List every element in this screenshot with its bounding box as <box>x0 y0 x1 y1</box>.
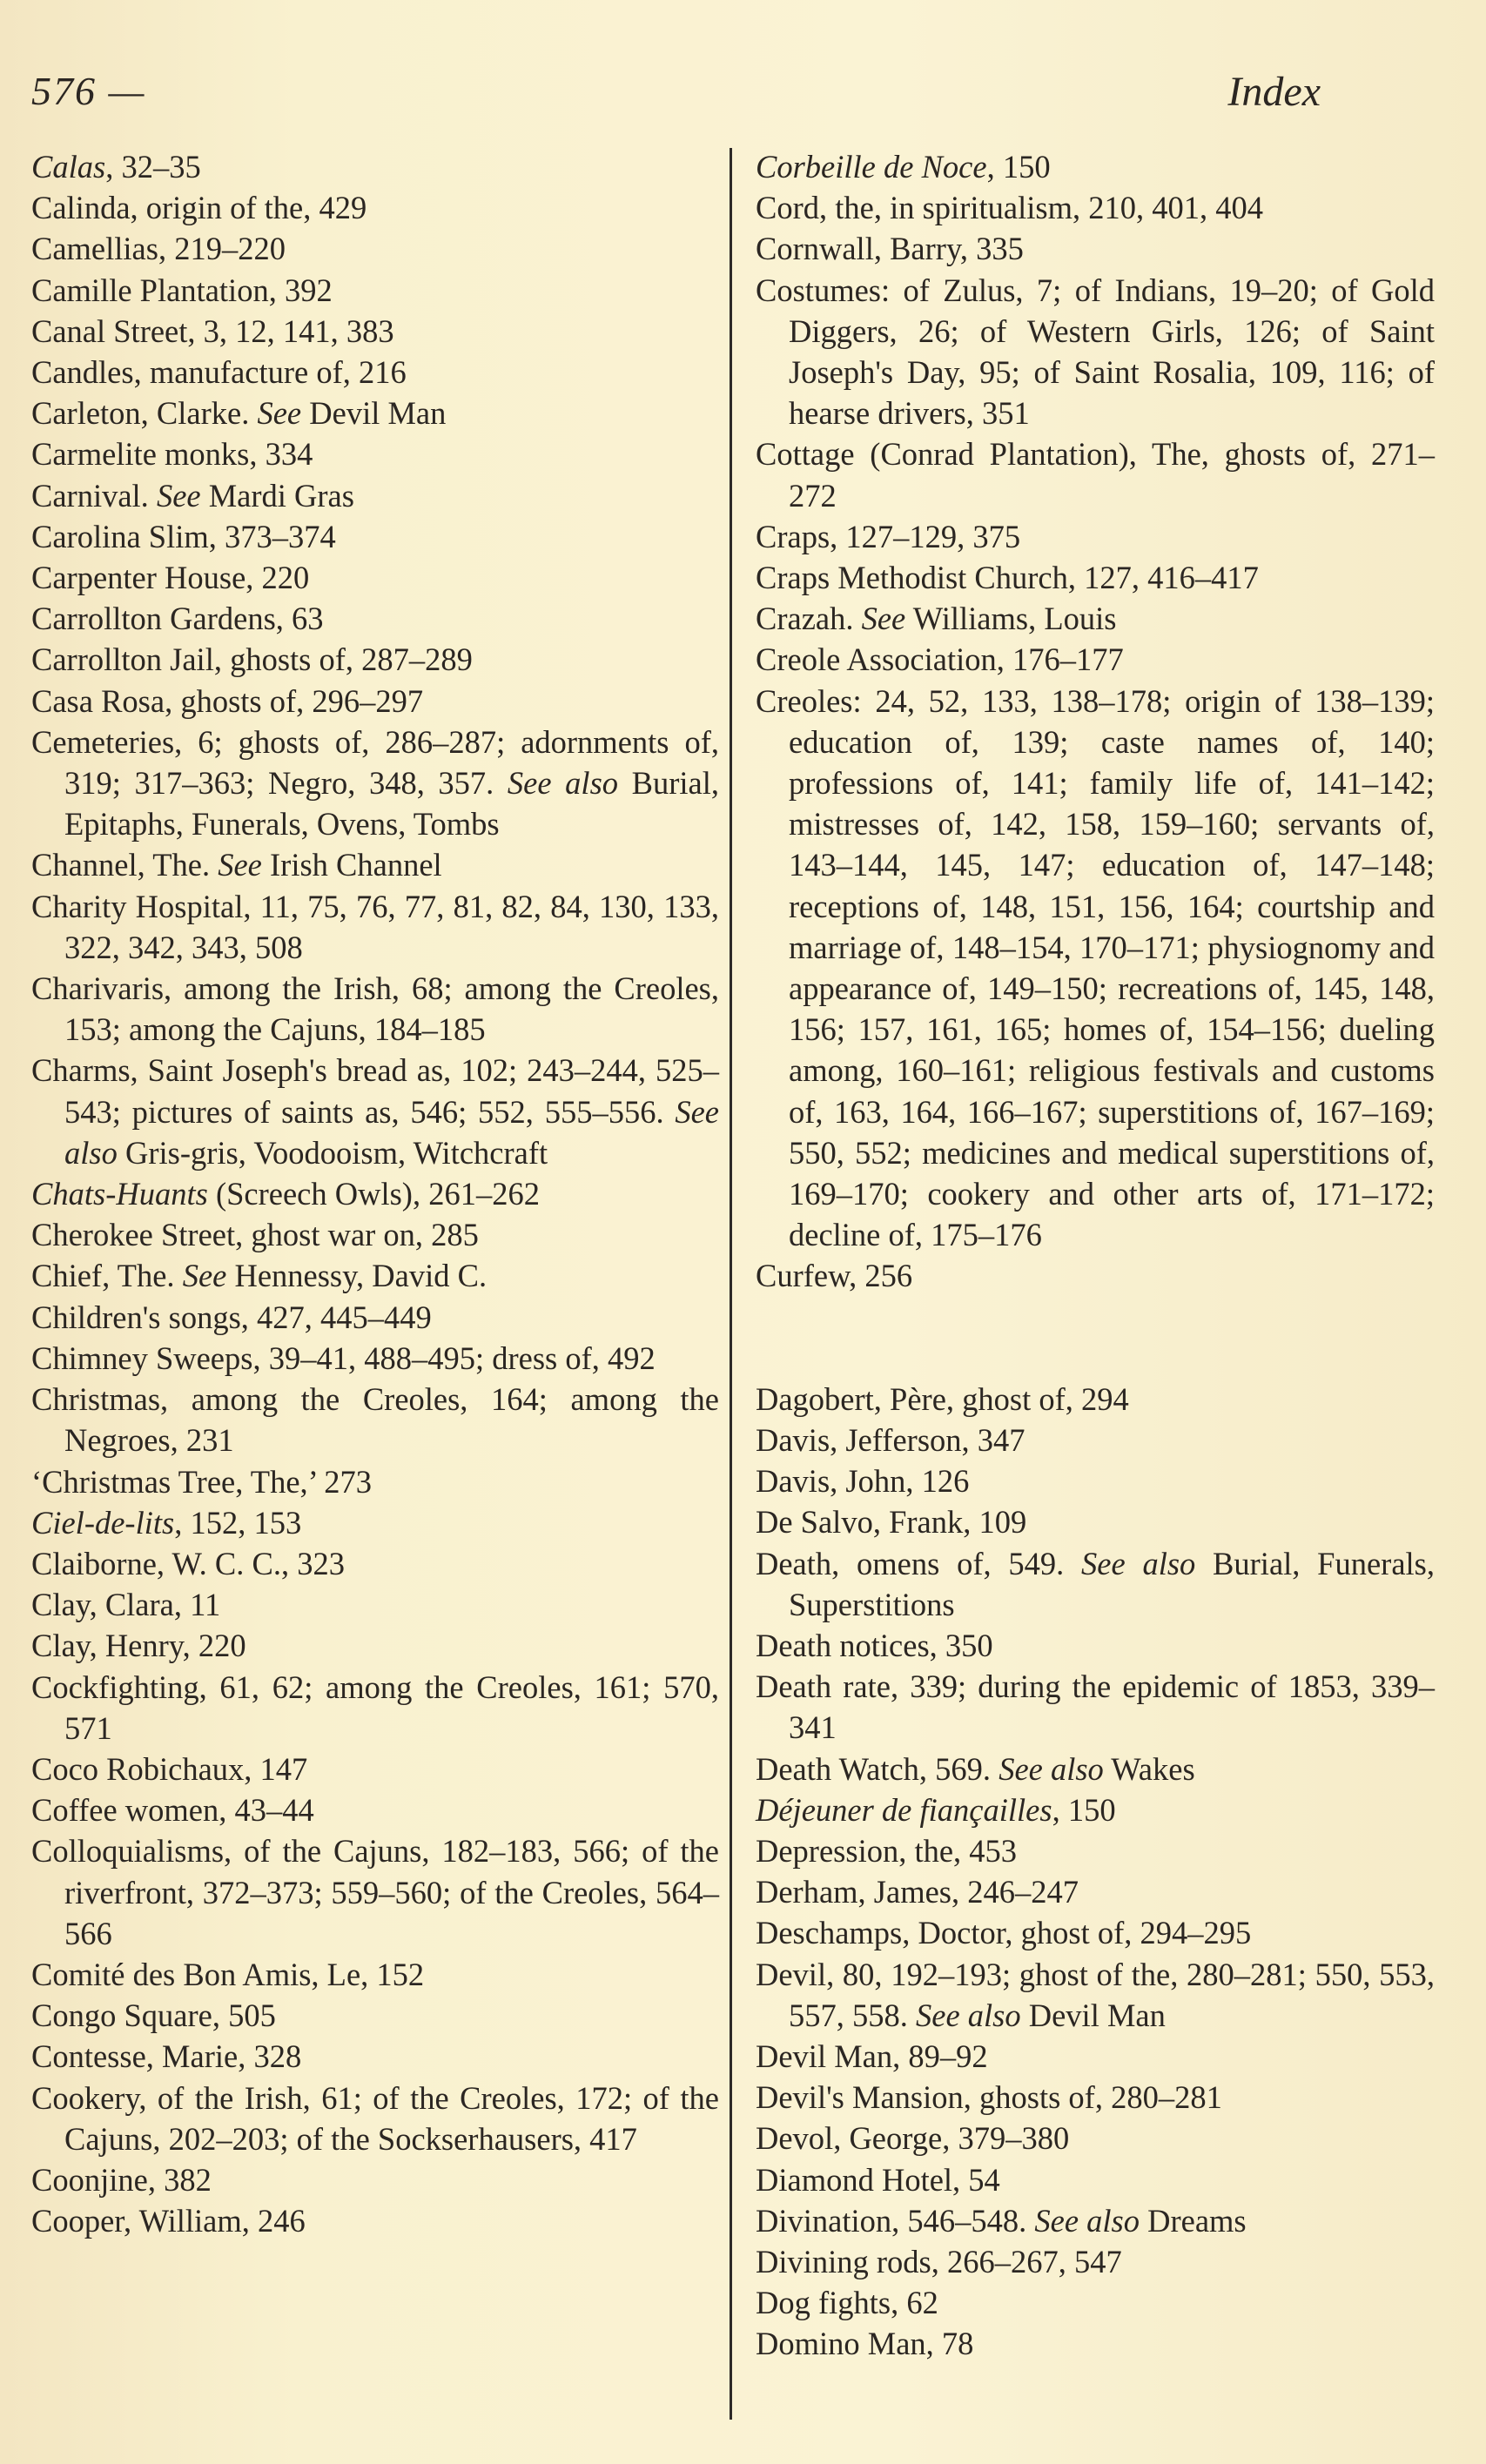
entry-text: Depression, the, 453 <box>756 1833 1017 1869</box>
entry-text: ‘Christmas Tree, The,’ 273 <box>31 1464 372 1500</box>
page-number: 576 — <box>31 68 145 114</box>
see-reference-label: See also <box>1034 2203 1140 2239</box>
index-entry: Charms, Saint Joseph's bread as, 102; 24… <box>31 1050 719 1173</box>
entry-heading-italic: Déjeuner de fiançailles <box>756 1792 1052 1828</box>
entry-text: Children's songs, 427, 445–449 <box>31 1299 432 1335</box>
index-column-right: Corbeille de Noce, 150Cord, the, in spir… <box>756 146 1435 2365</box>
entry-text: Creoles: 24, 52, 133, 138–178; origin of… <box>756 683 1435 1253</box>
entry-text: , 150 <box>987 149 1051 185</box>
index-entry: Coonjine, 382 <box>31 2159 719 2200</box>
see-reference-target: Devil Man <box>301 395 446 431</box>
index-entry: Cornwall, Barry, 335 <box>756 228 1435 269</box>
entry-text: Cornwall, Barry, 335 <box>756 231 1024 266</box>
see-reference-target: Dreams <box>1140 2203 1247 2239</box>
entry-text: Coonjine, 382 <box>31 2162 212 2198</box>
index-entry: Carmelite monks, 334 <box>31 433 719 474</box>
index-entry: Cooper, William, 246 <box>31 2200 719 2241</box>
entry-text: Dog fights, 62 <box>756 2285 938 2320</box>
index-entry: Channel, The. See Irish Channel <box>31 844 719 885</box>
entry-text: Divining rods, 266–267, 547 <box>756 2244 1122 2279</box>
entry-text: (Screech Owls), 261–262 <box>208 1176 540 1212</box>
index-entry: Comité des Bon Amis, Le, 152 <box>31 1954 719 1995</box>
entry-text: Carrollton Gardens, 63 <box>31 601 324 636</box>
entry-text: Casa Rosa, ghosts of, 296–297 <box>31 683 423 719</box>
index-entry: Corbeille de Noce, 150 <box>756 146 1435 187</box>
index-entry: Death notices, 350 <box>756 1625 1435 1666</box>
entry-text: Death rate, 339; during the epidemic of … <box>756 1668 1435 1745</box>
index-entry: Carleton, Clarke. See Devil Man <box>31 393 719 433</box>
see-reference-label: See <box>862 601 906 636</box>
index-entry: Cherokee Street, ghost war on, 285 <box>31 1214 719 1255</box>
index-entry: Cord, the, in spiritualism, 210, 401, 40… <box>756 187 1435 228</box>
see-reference-target: Devil Man <box>1021 1997 1166 2033</box>
index-entry: Carrollton Gardens, 63 <box>31 598 719 639</box>
entry-text: Candles, manufacture of, 216 <box>31 354 407 390</box>
entry-text: Charity Hospital, 11, 75, 76, 77, 81, 82… <box>31 889 719 965</box>
index-entry: Coffee women, 43–44 <box>31 1789 719 1830</box>
index-entry: Carpenter House, 220 <box>31 557 719 598</box>
index-entry: Devil, 80, 192–193; ghost of the, 280–28… <box>756 1954 1435 2036</box>
index-entry: Cottage (Conrad Plantation), The, ghosts… <box>756 433 1435 515</box>
index-entry: Cookery, of the Irish, 61; of the Creole… <box>31 2078 719 2159</box>
index-entry: Contesse, Marie, 328 <box>31 2036 719 2077</box>
index-entry: Carrollton Jail, ghosts of, 287–289 <box>31 639 719 680</box>
running-head: Index <box>1227 68 1321 116</box>
entry-text: Craps, 127–129, 375 <box>756 519 1020 554</box>
entry-heading-italic: Calas <box>31 149 105 185</box>
entry-text: Contesse, Marie, 328 <box>31 2038 301 2074</box>
index-entry: Children's songs, 427, 445–449 <box>31 1297 719 1338</box>
entry-text: Divination, 546–548. <box>756 2203 1026 2239</box>
entry-text: Chimney Sweeps, 39–41, 488–495; dress of… <box>31 1340 656 1376</box>
entry-text: Colloquialisms, of the Cajuns, 182–183, … <box>31 1833 719 1950</box>
index-entry: Coco Robichaux, 147 <box>31 1749 719 1789</box>
entry-text: Carolina Slim, 373–374 <box>31 519 336 554</box>
entry-text: , 152, 153 <box>174 1505 301 1541</box>
index-entry: Depression, the, 453 <box>756 1830 1435 1871</box>
index-entry: Costumes: of Zulus, 7; of Indians, 19–20… <box>756 270 1435 434</box>
index-entry: Devil's Mansion, ghosts of, 280–281 <box>756 2077 1435 2118</box>
index-entry: Cockfighting, 61, 62; among the Creoles,… <box>31 1667 719 1749</box>
entry-text: Cockfighting, 61, 62; among the Creoles,… <box>31 1669 719 1746</box>
entry-text: Death notices, 350 <box>756 1628 993 1663</box>
see-reference-label: See <box>183 1258 227 1293</box>
index-entry: Craps Methodist Church, 127, 416–417 <box>756 557 1435 598</box>
entry-text: Camille Plantation, 392 <box>31 272 333 308</box>
index-entry: Creole Association, 176–177 <box>756 639 1435 680</box>
entry-text: Curfew, 256 <box>756 1258 912 1293</box>
index-entry: Camellias, 219–220 <box>31 228 719 269</box>
index-entry: Casa Rosa, ghosts of, 296–297 <box>31 681 719 722</box>
entry-text: Coco Robichaux, 147 <box>31 1751 307 1787</box>
entry-text: Dagobert, Père, ghost of, 294 <box>756 1381 1129 1417</box>
see-reference-label: See also <box>1081 1546 1195 1581</box>
index-entry: Cemeteries, 6; ghosts of, 286–287; adorn… <box>31 722 719 845</box>
index-entry: Chief, The. See Hennessy, David C. <box>31 1255 719 1296</box>
index-entry: Charivaris, among the Irish, 68; among t… <box>31 968 719 1050</box>
entry-text: Claiborne, W. C. C., 323 <box>31 1546 345 1581</box>
entry-text: Domino Man, 78 <box>756 2326 973 2361</box>
index-entry: Dog fights, 62 <box>756 2282 1435 2323</box>
index-entry: Divination, 546–548. See also Dreams <box>756 2200 1435 2241</box>
entry-text: Cottage (Conrad Plantation), The, ghosts… <box>756 436 1435 513</box>
entry-text: Davis, Jefferson, 347 <box>756 1422 1025 1458</box>
index-entry: Carolina Slim, 373–374 <box>31 516 719 557</box>
see-reference-label: See also <box>916 1997 1021 2033</box>
index-entry: Carnival. See Mardi Gras <box>31 475 719 516</box>
index-entry: Déjeuner de fiançailles, 150 <box>756 1789 1435 1830</box>
see-reference-target: Williams, Louis <box>905 601 1116 636</box>
entry-text: Devol, George, 379–380 <box>756 2120 1069 2156</box>
entry-text: Clay, Clara, 11 <box>31 1587 220 1622</box>
entry-text: Calinda, origin of the, 429 <box>31 190 366 225</box>
entry-text: Cherokee Street, ghost war on, 285 <box>31 1217 479 1252</box>
entry-text: Coffee women, 43–44 <box>31 1792 314 1828</box>
index-entry: Colloquialisms, of the Cajuns, 182–183, … <box>31 1830 719 1954</box>
entry-text: Comité des Bon Amis, Le, 152 <box>31 1957 424 1992</box>
index-entry: Creoles: 24, 52, 133, 138–178; origin of… <box>756 681 1435 1256</box>
entry-text: Charms, Saint Joseph's bread as, 102; 24… <box>31 1052 719 1129</box>
entry-text: Death, omens of, 549. <box>756 1546 1064 1581</box>
index-entry: Davis, John, 126 <box>756 1460 1435 1501</box>
see-reference-target: Gris-gris, Voodooism, Witchcraft <box>118 1135 548 1171</box>
entry-text: Cookery, of the Irish, 61; of the Creole… <box>31 2080 719 2157</box>
see-reference-target: Hennessy, David C. <box>226 1258 487 1293</box>
index-entry: Diamond Hotel, 54 <box>756 2159 1435 2200</box>
index-entry: Domino Man, 78 <box>756 2323 1435 2364</box>
index-entry: De Salvo, Frank, 109 <box>756 1501 1435 1542</box>
index-entry: Congo Square, 505 <box>31 1995 719 2036</box>
index-entry: Claiborne, W. C. C., 323 <box>31 1543 719 1584</box>
entry-text: Carpenter House, 220 <box>31 560 309 595</box>
see-reference-target: Wakes <box>1104 1751 1195 1787</box>
index-entry: Ciel-de-lits, 152, 153 <box>31 1502 719 1543</box>
index-entry: ‘Christmas Tree, The,’ 273 <box>31 1461 719 1502</box>
entry-text: Channel, The. <box>31 847 210 883</box>
index-entry: Clay, Henry, 220 <box>31 1625 719 1666</box>
see-reference-label: See <box>218 847 262 883</box>
index-entry: Deschamps, Doctor, ghost of, 294–295 <box>756 1912 1435 1953</box>
entry-text: Congo Square, 505 <box>31 1997 276 2033</box>
entry-heading-italic: Corbeille de Noce <box>756 149 987 185</box>
entry-text: Creole Association, 176–177 <box>756 641 1124 677</box>
index-entry: Camille Plantation, 392 <box>31 270 719 311</box>
entry-text: Devil's Mansion, ghosts of, 280–281 <box>756 2079 1222 2115</box>
page-header: 576 — Index <box>31 68 1321 129</box>
index-entry: Clay, Clara, 11 <box>31 1584 719 1625</box>
index-entry: Dagobert, Père, ghost of, 294 <box>756 1379 1435 1420</box>
index-entry: Calas, 32–35 <box>31 146 719 187</box>
entry-text: Diamond Hotel, 54 <box>756 2162 1000 2198</box>
entry-text: Carmelite monks, 334 <box>31 436 313 472</box>
index-entry: Curfew, 256 <box>756 1255 1435 1296</box>
index-entry: Chimney Sweeps, 39–41, 488–495; dress of… <box>31 1338 719 1379</box>
index-entry: Candles, manufacture of, 216 <box>31 352 719 393</box>
entry-text: Death Watch, 569. <box>756 1751 991 1787</box>
entry-text: Deschamps, Doctor, ghost of, 294–295 <box>756 1915 1251 1950</box>
entry-text: Davis, John, 126 <box>756 1463 969 1499</box>
index-entry: Derham, James, 246–247 <box>756 1871 1435 1912</box>
entry-text: Carrollton Jail, ghosts of, 287–289 <box>31 641 473 677</box>
see-reference-label: See <box>157 478 201 514</box>
see-reference-label: See <box>257 395 301 431</box>
entry-text: Cord, the, in spiritualism, 210, 401, 40… <box>756 190 1263 225</box>
entry-text: , 150 <box>1052 1792 1116 1828</box>
column-divider <box>730 148 732 2420</box>
index-entry: Devil Man, 89–92 <box>756 2036 1435 2077</box>
entry-text: , 32–35 <box>105 149 201 185</box>
entry-heading-italic: Chats-Huants <box>31 1176 208 1212</box>
index-column-left: Calas, 32–35Calinda, origin of the, 429C… <box>31 146 719 2241</box>
index-entry: Divining rods, 266–267, 547 <box>756 2241 1435 2282</box>
see-reference-label: See also <box>508 765 618 801</box>
entry-text: Clay, Henry, 220 <box>31 1628 246 1663</box>
see-reference-target: Mardi Gras <box>201 478 354 514</box>
entry-text: Derham, James, 246–247 <box>756 1874 1079 1910</box>
entry-text: Costumes: of Zulus, 7; of Indians, 19–20… <box>756 272 1435 432</box>
index-entry: Chats-Huants (Screech Owls), 261–262 <box>31 1173 719 1214</box>
entry-text: Christmas, among the Creoles, 164; among… <box>31 1381 719 1458</box>
index-entry: Davis, Jefferson, 347 <box>756 1420 1435 1460</box>
entry-text: Carnival. <box>31 478 149 514</box>
entry-text: Cooper, William, 246 <box>31 2203 306 2239</box>
index-entry: Crazah. See Williams, Louis <box>756 598 1435 639</box>
entry-text: Canal Street, 3, 12, 141, 383 <box>31 313 394 349</box>
entry-text: Crazah. <box>756 601 853 636</box>
section-break <box>756 1297 1435 1379</box>
index-entry: Death rate, 339; during the epidemic of … <box>756 1666 1435 1748</box>
see-reference-target: Irish Channel <box>262 847 442 883</box>
entry-heading-italic: Ciel-de-lits <box>31 1505 174 1541</box>
entry-text: Camellias, 219–220 <box>31 231 286 266</box>
index-entry: Charity Hospital, 11, 75, 76, 77, 81, 82… <box>31 886 719 968</box>
entry-text: Charivaris, among the Irish, 68; among t… <box>31 970 719 1047</box>
entry-text: Chief, The. <box>31 1258 175 1293</box>
entry-text: Carleton, Clarke. <box>31 395 249 431</box>
see-reference-label: See also <box>999 1751 1104 1787</box>
index-entry: Canal Street, 3, 12, 141, 383 <box>31 311 719 352</box>
index-entry: Death Watch, 569. See also Wakes <box>756 1749 1435 1789</box>
index-entry: Devol, George, 379–380 <box>756 2118 1435 2159</box>
index-entry: Calinda, origin of the, 429 <box>31 187 719 228</box>
index-entry: Craps, 127–129, 375 <box>756 516 1435 557</box>
entry-text: Craps Methodist Church, 127, 416–417 <box>756 560 1259 595</box>
index-entry: Death, omens of, 549. See also Burial, F… <box>756 1543 1435 1625</box>
index-entry: Christmas, among the Creoles, 164; among… <box>31 1379 719 1460</box>
entry-text: De Salvo, Frank, 109 <box>756 1504 1026 1540</box>
entry-text: Devil Man, 89–92 <box>756 2038 988 2074</box>
